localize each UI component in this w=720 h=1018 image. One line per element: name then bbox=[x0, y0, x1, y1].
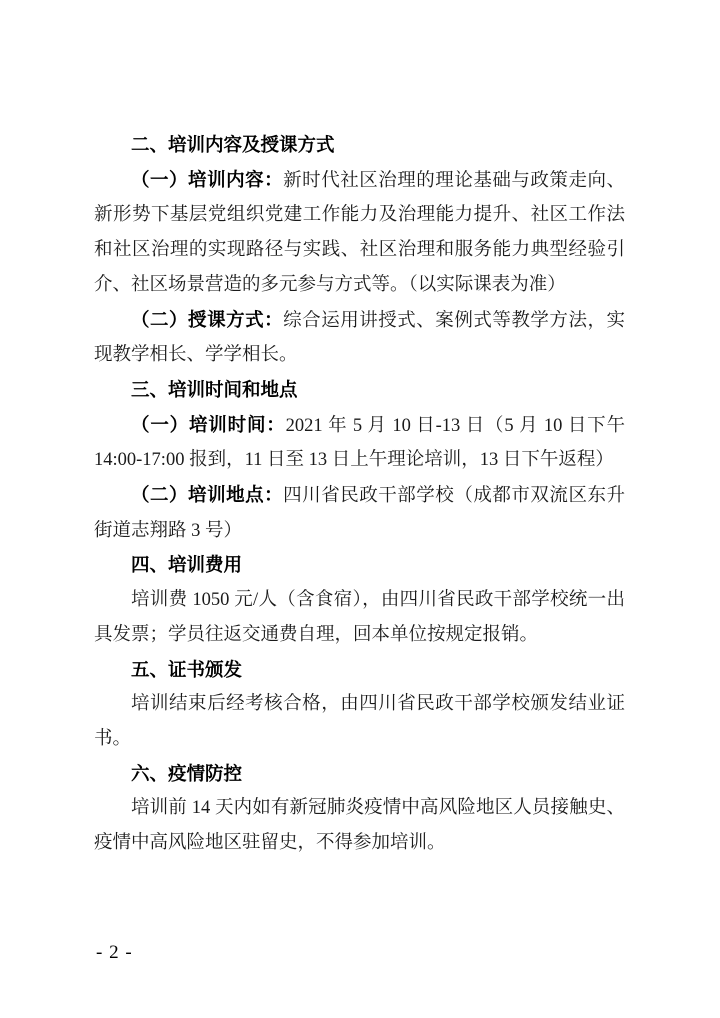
paragraph-text: 培训费 1050 元/人（含食宿），由四川省民政干部学校统一出具发票；学员往返交… bbox=[94, 590, 625, 645]
paragraph-text: 培训前 14 天内如有新冠肺炎疫情中高风险地区人员接触史、疫情中高风险地区驻留史… bbox=[94, 798, 625, 853]
paragraph-fees: 培训费 1050 元/人（含食宿），由四川省民政干部学校统一出具发票；学员往返交… bbox=[94, 583, 625, 652]
paragraph-certificate: 培训结束后经考核合格，由四川省民政干部学校颁发结业证书。 bbox=[94, 687, 625, 756]
paragraph-lead: （二）授课方式： bbox=[131, 309, 283, 330]
page-number: - 2 - bbox=[96, 941, 133, 965]
paragraph-lead: （一）培训时间： bbox=[131, 414, 286, 435]
paragraph-lead: （一）培训内容： bbox=[131, 169, 283, 190]
paragraph-teaching-method: （二）授课方式：综合运用讲授式、案例式等教学方法，实现教学相长、学学相长。 bbox=[94, 303, 625, 373]
section-heading-training-content: 二、培训内容及授课方式 bbox=[94, 128, 625, 163]
section-heading-epidemic: 六、疫情防控 bbox=[94, 757, 625, 792]
paragraph-lead: （二）培训地点： bbox=[131, 484, 283, 505]
document-body: 二、培训内容及授课方式 （一）培训内容：新时代社区治理的理论基础与政策走向、新形… bbox=[94, 128, 625, 861]
paragraph-text: 培训结束后经考核合格，由四川省民政干部学校颁发结业证书。 bbox=[94, 694, 625, 749]
document-page: 二、培训内容及授课方式 （一）培训内容：新时代社区治理的理论基础与政策走向、新形… bbox=[0, 0, 720, 1018]
paragraph-epidemic: 培训前 14 天内如有新冠肺炎疫情中高风险地区人员接触史、疫情中高风险地区驻留史… bbox=[94, 791, 625, 860]
paragraph-training-place: （二）培训地点：四川省民政干部学校（成都市双流区东升街道志翔路 3 号） bbox=[94, 478, 625, 548]
section-heading-fees: 四、培训费用 bbox=[94, 548, 625, 583]
section-heading-time-place: 三、培训时间和地点 bbox=[94, 373, 625, 408]
paragraph-training-content: （一）培训内容：新时代社区治理的理论基础与政策走向、新形势下基层党组织党建工作能… bbox=[94, 163, 625, 303]
paragraph-training-time: （一）培训时间：2021 年 5 月 10 日-13 日（5 月 10 日下午 … bbox=[94, 408, 625, 478]
section-heading-certificate: 五、证书颁发 bbox=[94, 653, 625, 688]
